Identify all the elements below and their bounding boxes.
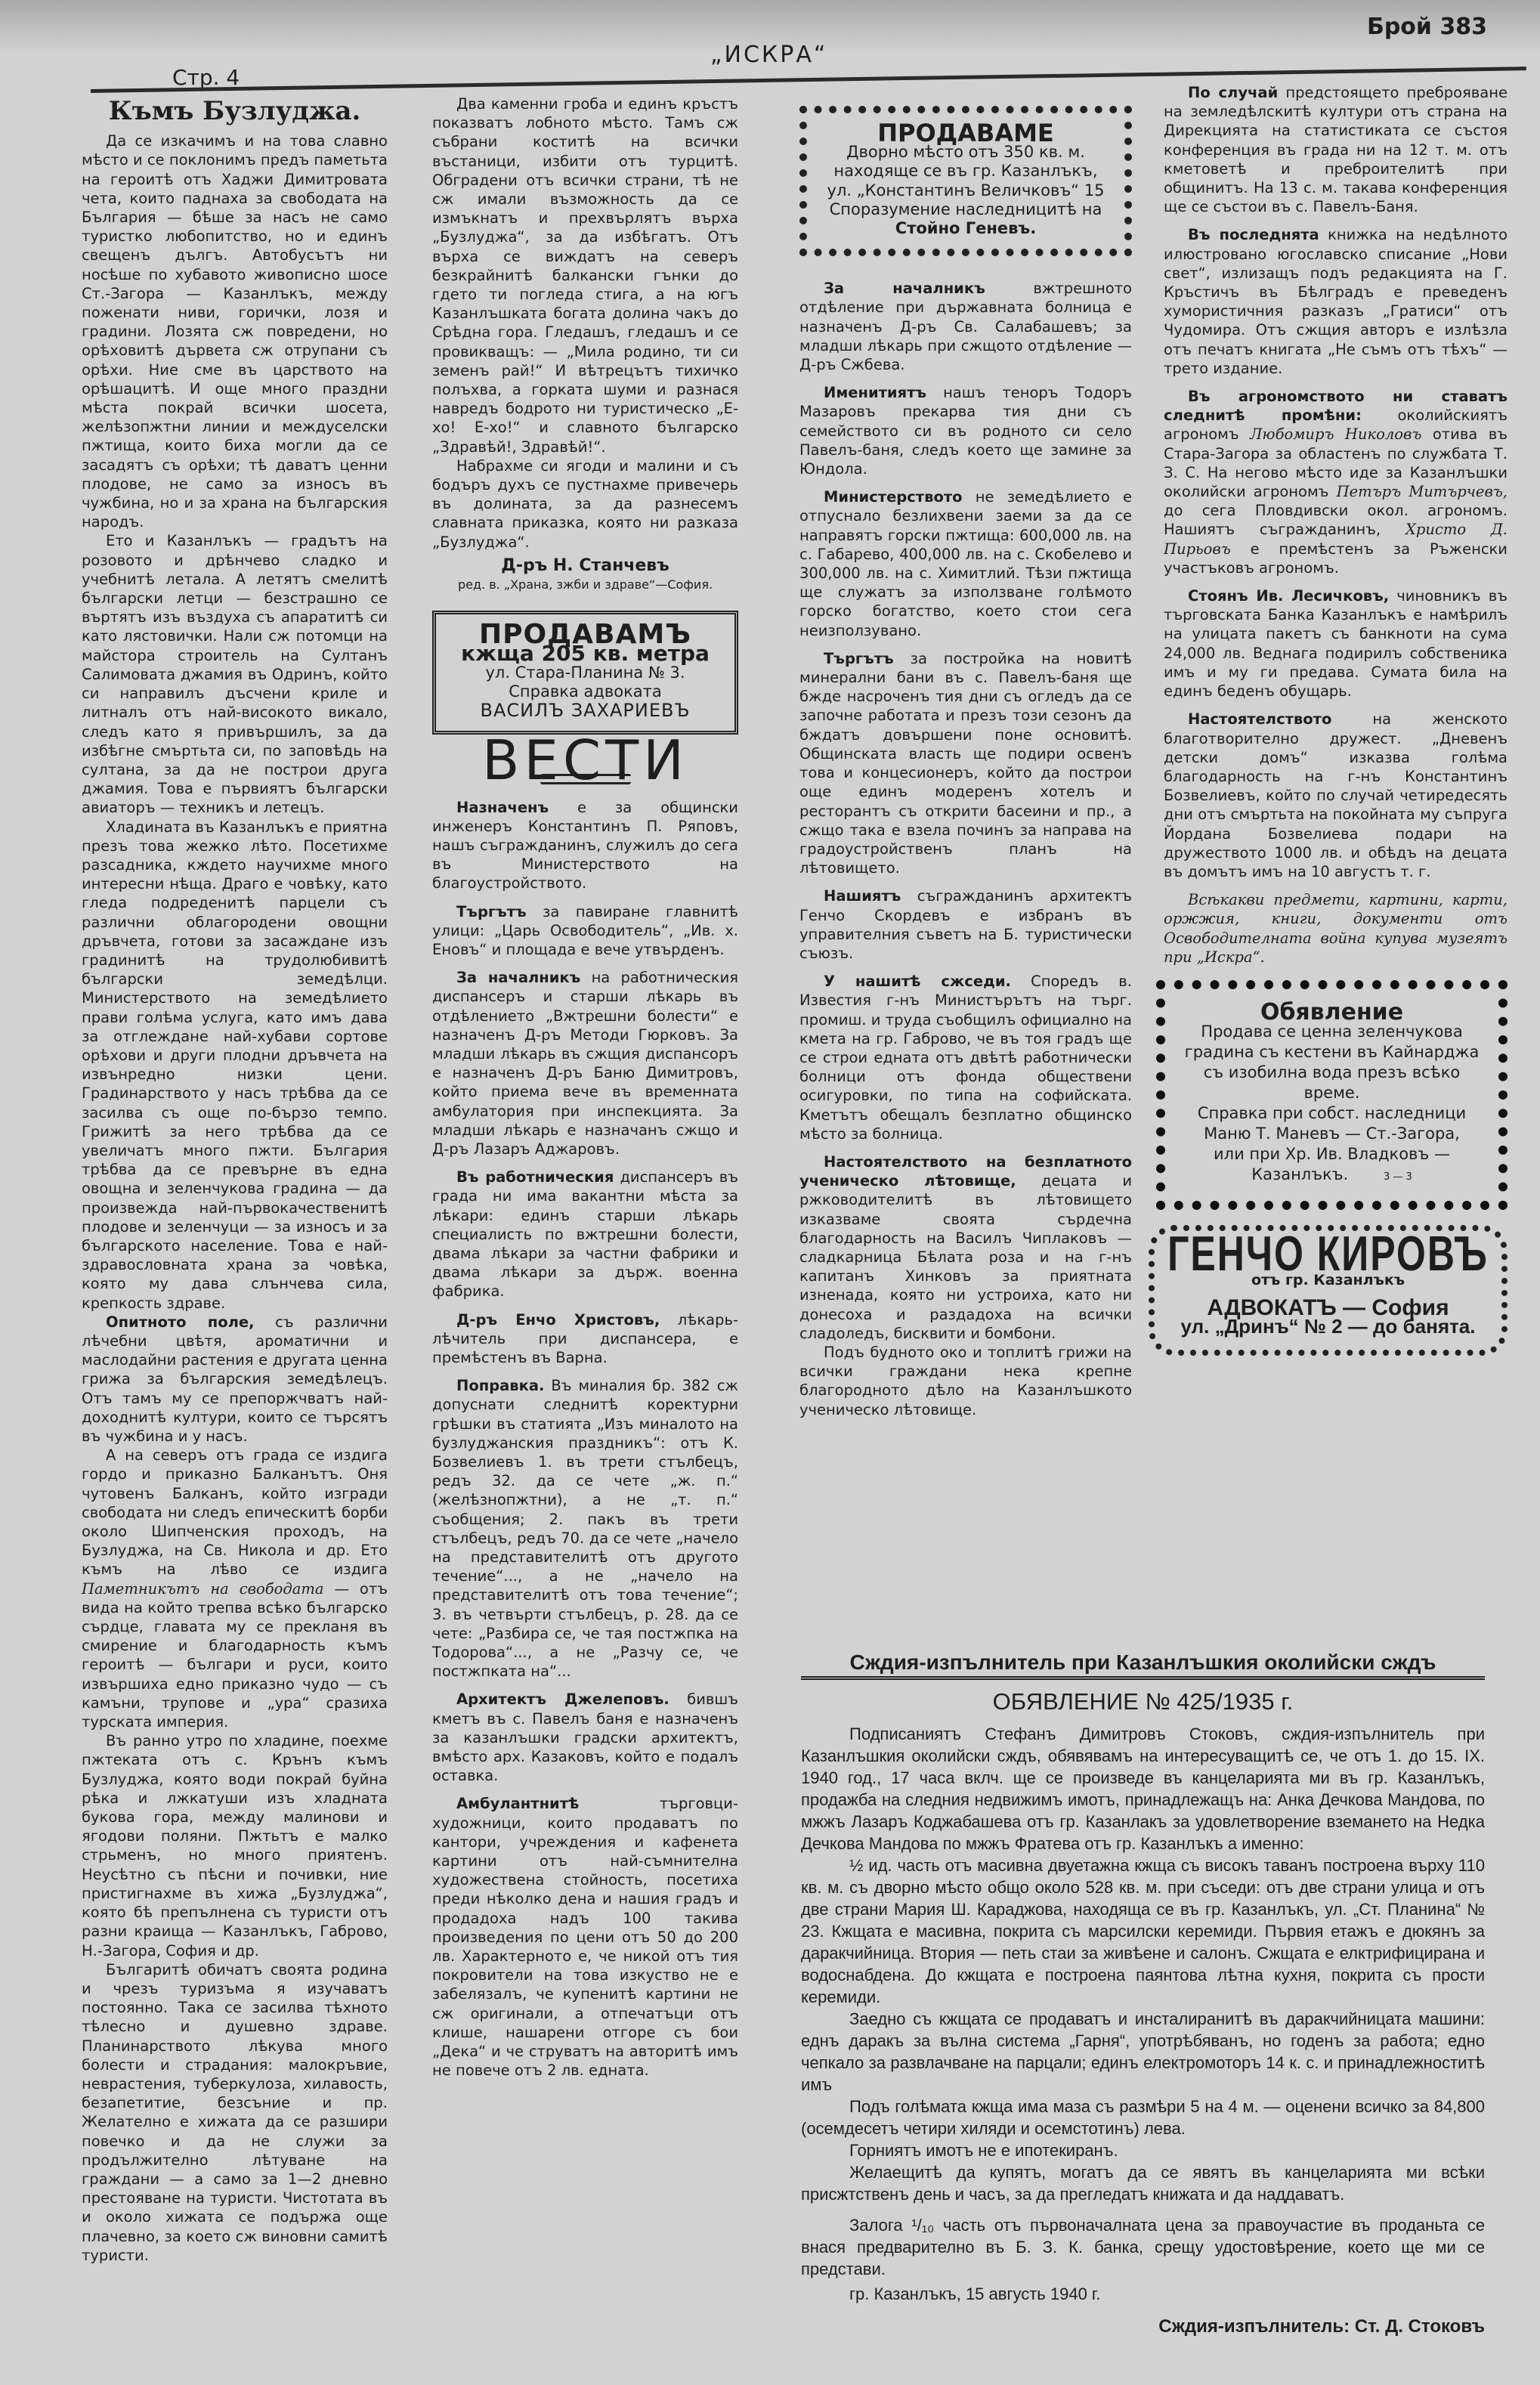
- paragraph: А на северъ отъ града се издига гордо и …: [82, 1446, 388, 1731]
- column-3: ПРОДАВАМЕ Дворно мѣсто отъ 350 кв. м. на…: [799, 106, 1132, 1419]
- author-affiliation: ред. в. „Храна, зжби и здраве“—София.: [432, 575, 738, 594]
- news-item: Амбулантнитѣ търговци-художници, които п…: [432, 1794, 738, 2080]
- news-item: Настоятелството на женското благотворите…: [1164, 710, 1508, 881]
- news-item: Настоятелството на безплатното ученическ…: [799, 1152, 1132, 1343]
- notice-date: гр. Казанлъкъ, 15 августь 1940 г.: [801, 2283, 1485, 2305]
- paragraph: Въ ранно утро по хладине, поехме пжтекат…: [82, 1731, 388, 1960]
- paragraph: Залога ¹/₁₀ часть отъ първоначалната цен…: [801, 2214, 1485, 2280]
- paragraph: Опитното поле, съ различни лѣчебни цвѣтя…: [82, 1313, 388, 1446]
- issue-number: Брой 383: [1367, 14, 1487, 40]
- museum-note: Всѣкакви предмети, картини, карти, оржжи…: [1164, 890, 1508, 967]
- news-item: Поправка. Въ миналия бр. 382 сж допуснат…: [432, 1376, 738, 1681]
- bold-lead: Опитното поле,: [106, 1313, 255, 1331]
- court-notice-header: Сждия-изпълнитель при Казанлъшкия околий…: [801, 1651, 1485, 1680]
- news-item: За началникъ вжтрешното отдѣление при дъ…: [799, 279, 1132, 374]
- ad-lawyer: ГЕНЧО КИРОВЪ отъ гр. Казанлъкъ АДВОКАТЪ …: [1149, 1225, 1508, 1356]
- column-4: По случай предстоящето преброяване на зе…: [1164, 83, 1508, 1356]
- court-notice-title: ОБЯВЛЕНИЕ № 425/1935 г.: [801, 1691, 1485, 1712]
- news-item: Архитектъ Джелеповъ. бившъ кметъ въ с. П…: [432, 1690, 738, 1785]
- paragraph: Набрахме си ягоди и малини и съ бодъръ д…: [432, 456, 738, 552]
- news-item: Въ агрономството ни ставатъ следнитѣ про…: [1164, 387, 1508, 577]
- news-item: Стоянъ Ив. Лесичковъ, чиновникъ въ търго…: [1164, 586, 1508, 701]
- ad-house-for-sale: ПРОДАВАМЪ кжща 205 кв. метра ул. Стара-П…: [432, 611, 738, 735]
- page-number: Стр. 4: [172, 65, 240, 90]
- news-item: Именитиятъ нашъ теноръ Тодоръ Мазаровъ п…: [799, 383, 1132, 478]
- paragraph: Заедно съ кжщата се продаватъ и инсталир…: [801, 2008, 1485, 2096]
- paragraph: Два каменни гроба и единъ кръстъ показва…: [432, 94, 738, 456]
- news-item: Въ работническия диспансеръ въ града ни …: [432, 1168, 738, 1301]
- news-item: Назначенъ е за общински инженеръ Констан…: [432, 798, 738, 893]
- paragraph: Подписаниятъ Стефанъ Димитровъ Стоковъ, …: [801, 1723, 1485, 1854]
- news-item: Търгътъ за павиране главнитѣ улици: „Цар…: [432, 902, 738, 960]
- ad-vegetable-garden: Обявление Продава се ценна зеленчукова г…: [1156, 980, 1508, 1210]
- paragraph: Ето и Казанлъкъ — градътъ на розовото и …: [82, 531, 388, 817]
- paragraph: Хладината въ Казанлъкъ е приятна презъ т…: [82, 818, 388, 1313]
- news-item: Министерството не земедѣлието е отпуснал…: [799, 487, 1132, 640]
- paragraph: ½ ид. часть отъ масивна двуетажна кжща с…: [801, 1854, 1485, 2008]
- paragraph: Да се изкачимъ и на това славно мѣсто и …: [82, 131, 388, 531]
- paragraph: Българитѣ обичатъ своята родина и чрезъ …: [82, 1960, 388, 2265]
- paragraph: Горниятъ имотъ не е ипотекиранъ.: [801, 2139, 1485, 2161]
- news-item: Подъ будното око и топлитѣ грижи на всич…: [799, 1343, 1132, 1419]
- column-2: Два каменни гроба и единъ кръстъ показва…: [432, 94, 738, 2080]
- news-item: Търгътъ за постройка на новитѣ минерални…: [799, 649, 1132, 877]
- section-heading-news: ВЕСТИ: [432, 751, 738, 770]
- italic-phrase: Паметникътъ на свободата: [82, 1580, 324, 1598]
- newspaper-title: „ИСКРА“: [710, 42, 827, 68]
- news-item: У нашитѣ сжседи. Споредъ в. Известия г-н…: [799, 972, 1132, 1143]
- paragraph: Желаещитѣ да купятъ, могатъ да се явятъ …: [801, 2161, 1485, 2205]
- article-title: Къмъ Бузлуджа.: [82, 102, 388, 121]
- news-item: Въ последнята книжка на недѣлното илюстр…: [1164, 225, 1508, 378]
- column-1: Къмъ Бузлуджа. Да се изкачимъ и на това …: [82, 102, 388, 2265]
- notice-signature: Сждия-изпълнитель: Ст. Д. Стоковъ: [801, 2315, 1485, 2337]
- court-notice: Сждия-изпълнитель при Казанлъшкия околий…: [801, 1651, 1485, 2337]
- news-item: Нашиятъ съгражданинъ архитектъ Генчо Ско…: [799, 886, 1132, 963]
- news-item: Д-ръ Енчо Христовъ, лѣкарь-лѣчитель при …: [432, 1310, 738, 1368]
- paragraph: Подъ голѣмата кжща има маза съ размѣри 5…: [801, 2096, 1485, 2139]
- author-signature: Д-ръ Н. Станчевъ: [432, 556, 738, 575]
- news-item: За началникъ на работническия диспансеръ…: [432, 968, 738, 1158]
- ad-yard-for-sale: ПРОДАВАМЕ Дворно мѣсто отъ 350 кв. м. на…: [799, 106, 1132, 256]
- news-item: По случай предстоящето преброяване на зе…: [1164, 83, 1508, 216]
